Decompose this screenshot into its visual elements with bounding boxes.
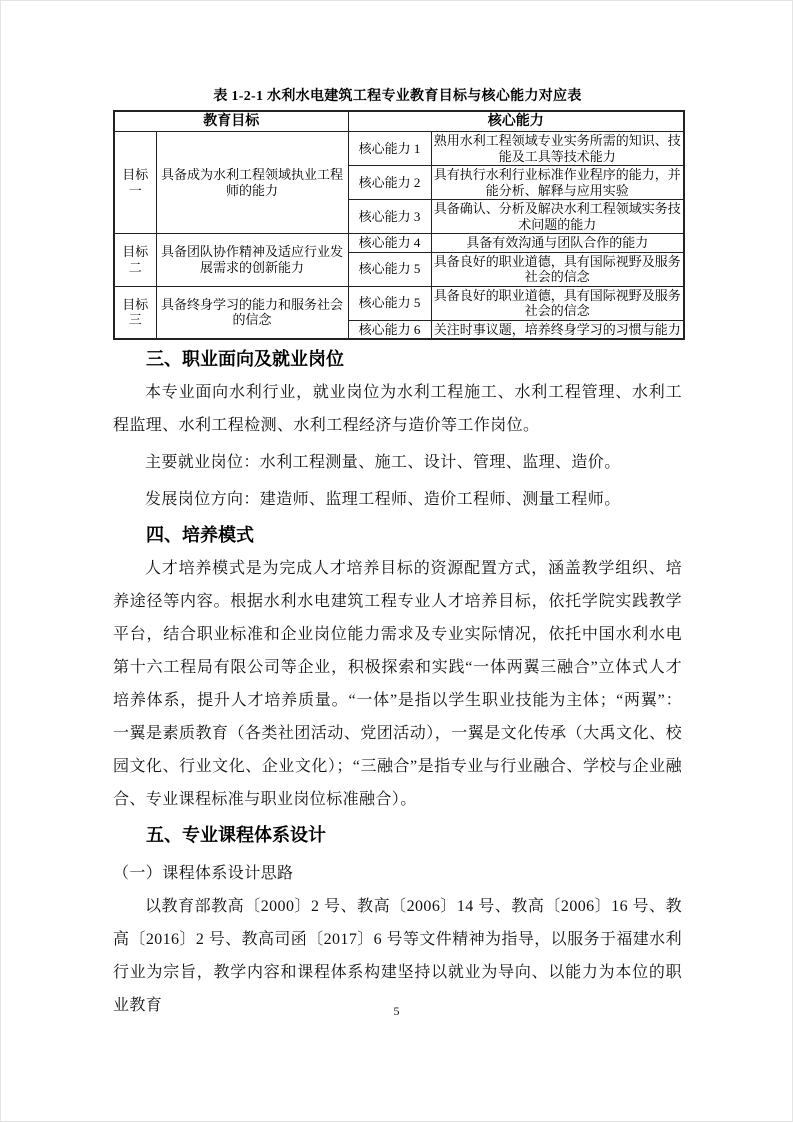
section-heading-career-orientation: 三、职业面向及就业岗位 [113, 346, 682, 372]
goal-3-label: 目标三 [114, 286, 156, 339]
section-heading-curriculum-design: 五、专业课程体系设计 [113, 822, 682, 848]
ability-2-label: 核心能力 2 [348, 166, 431, 200]
ability-5b-label: 核心能力 5 [348, 286, 431, 320]
table-header-row: 教育目标 核心能力 [114, 111, 684, 132]
ability-6-label: 核心能力 6 [348, 320, 431, 339]
ability-4-label: 核心能力 4 [348, 234, 431, 253]
goal-2-text: 具备团队协作精神及适应行业发展需求的创新能力 [156, 234, 348, 287]
paragraph-training-mode: 人才培养模式是为完成人才培养目标的资源配置方式，涵盖教学组织、培养途径等内容。根… [113, 552, 682, 816]
ability-4-text: 具备有效沟通与团队合作的能力 [431, 234, 684, 253]
document-page: 表 1-2-1 水利水电建筑工程专业教育目标与核心能力对应表 教育目标 核心能力… [0, 0, 793, 1122]
ability-5-label: 核心能力 5 [348, 252, 431, 286]
ability-2-text: 具有执行水利行业标准作业程序的能力，并能分析、解释与应用实验 [431, 166, 684, 200]
page-number: 5 [1, 1004, 792, 1019]
table-row: 目标一 具备成为水利工程领域执业工程师的能力 核心能力 1 熟用水利工程领域专业… [114, 132, 684, 166]
header-cell-education-goals: 教育目标 [114, 111, 348, 132]
goal-1-label: 目标一 [114, 132, 156, 234]
table-row: 目标三 具备终身学习的能力和服务社会的信念 核心能力 5 具备良好的职业道德，具… [114, 286, 684, 320]
paragraph-main-jobs: 主要就业岗位：水利工程测量、施工、设计、管理、监理、造价。 [113, 446, 682, 479]
education-goals-table: 教育目标 核心能力 目标一 具备成为水利工程领域执业工程师的能力 核心能力 1 … [113, 110, 685, 340]
goal-3-text: 具备终身学习的能力和服务社会的信念 [156, 286, 348, 339]
paragraph-career-overview: 本专业面向水利行业，就业岗位为水利工程施工、水利工程管理、水利工程监理、水利工程… [113, 376, 682, 442]
ability-1-label: 核心能力 1 [348, 132, 431, 166]
paragraph-design-approach: 以教育部教高〔2000〕2 号、教高〔2006〕14 号、教高〔2006〕16 … [113, 890, 682, 1022]
table-caption: 表 1-2-1 水利水电建筑工程专业教育目标与核心能力对应表 [113, 87, 682, 106]
ability-6-text: 关注时事议题，培养终身学习的习惯与能力 [431, 320, 684, 339]
ability-5b-text: 具备良好的职业道德，具有国际视野及服务社会的信念 [431, 286, 684, 320]
ability-1-text: 熟用水利工程领域专业实务所需的知识、技能及工具等技术能力 [431, 132, 684, 166]
subsection-heading-design-approach: （一）课程体系设计思路 [113, 862, 682, 886]
ability-3-text: 具备确认、分析及解决水利工程领域实务技术问题的能力 [431, 200, 684, 234]
goal-1-text: 具备成为水利工程领域执业工程师的能力 [156, 132, 348, 234]
section-heading-training-mode: 四、培养模式 [113, 522, 682, 548]
paragraph-development-jobs: 发展岗位方向：建造师、监理工程师、造价工程师、测量工程师。 [113, 483, 682, 516]
ability-5-text: 具备良好的职业道德，具有国际视野及服务社会的信念 [431, 252, 684, 286]
goal-2-label: 目标二 [114, 234, 156, 287]
header-cell-core-abilities: 核心能力 [348, 111, 684, 132]
table-row: 目标二 具备团队协作精神及适应行业发展需求的创新能力 核心能力 4 具备有效沟通… [114, 234, 684, 253]
ability-3-label: 核心能力 3 [348, 200, 431, 234]
